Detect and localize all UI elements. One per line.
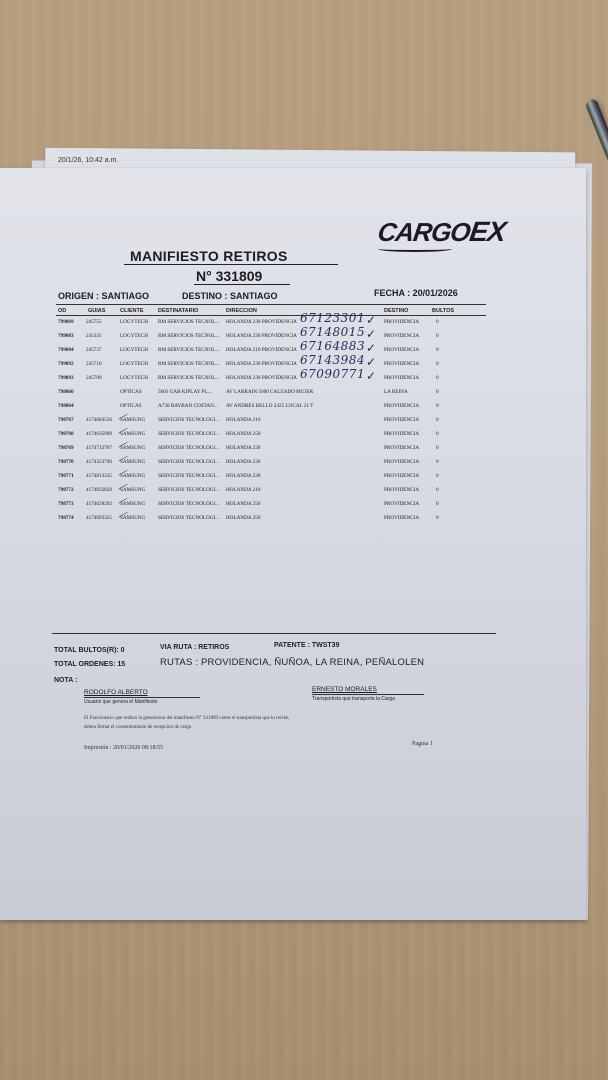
cell-guia: 4174713707 bbox=[86, 445, 112, 451]
cell-cliente: OPTICAS bbox=[120, 403, 142, 409]
table-row: 799069245755LOGYTECHRM SERVICIOS TECNOL.… bbox=[0, 319, 586, 332]
col-guias: GUIAS bbox=[88, 308, 105, 314]
check-mark-icon: ✓ bbox=[366, 355, 376, 370]
print-timestamp: 20/1/26, 10:42 a.m. bbox=[58, 157, 118, 164]
cell-od: 799093 bbox=[58, 375, 74, 381]
cell-direccion: HOLANDA 230 PROVIDENCIA bbox=[226, 333, 297, 339]
origin: ORIGEN : SANTIAGO bbox=[58, 291, 149, 301]
divider bbox=[56, 304, 486, 305]
cell-destino: PROVIDENCIA bbox=[384, 403, 419, 409]
handwritten-number: 67164883 bbox=[300, 339, 365, 353]
cell-bultos: 0 bbox=[436, 417, 439, 423]
cell-bultos: 0 bbox=[436, 347, 439, 353]
cell-od: 798773 bbox=[58, 501, 74, 507]
manifest-number: N° 331809 bbox=[196, 268, 262, 284]
signer1-role: Usuario que genera el Manifiesto bbox=[84, 699, 157, 705]
cell-direccion: HOLANDA 230 bbox=[226, 473, 260, 479]
cell-guia: 4174323790 bbox=[86, 459, 112, 465]
table-row: 799092245710LOGYTECHRM SERVICIOS TECNOL.… bbox=[0, 361, 586, 374]
cell-direccion: HOLANDA 210 bbox=[226, 487, 260, 493]
cell-od: 798768 bbox=[58, 431, 74, 437]
handwritten-number: 67143984 bbox=[300, 353, 365, 367]
table-row: 7987704174323790SAMSUNGSERVICIOS TECNOLO… bbox=[0, 459, 586, 472]
divider bbox=[194, 284, 290, 285]
cell-destino: PROVIDENCIA bbox=[384, 417, 419, 423]
print-date: Impresión : 20/01/2026 08:18:55 bbox=[84, 745, 163, 751]
date: FECHA : 20/01/2026 bbox=[374, 288, 458, 298]
divider bbox=[56, 315, 486, 316]
cell-od: 799069 bbox=[58, 319, 74, 325]
cell-destino: PROVIDENCIA bbox=[384, 347, 419, 353]
cell-direccion: HOLANDA 210 PROVIDENCIA bbox=[226, 347, 297, 353]
table-row: 799093245700LOGYTECHRM SERVICIOS TECNOL.… bbox=[0, 375, 586, 388]
col-destinatario: DESTINATARIO bbox=[158, 308, 198, 314]
cell-od: 798771 bbox=[58, 473, 74, 479]
cell-destino: LA REINA bbox=[384, 389, 408, 395]
cell-destino: PROVIDENCIA bbox=[384, 473, 419, 479]
cell-bultos: 0 bbox=[436, 501, 439, 507]
signer1-name: RODOLFO ALBERTO bbox=[84, 689, 148, 696]
cell-cliente: OPTICAS bbox=[120, 389, 142, 395]
cell-destinatario: RM SERVICIOS TECNOL... bbox=[158, 375, 219, 381]
cell-od: 799084 bbox=[58, 347, 74, 353]
table-row: 7987744174693325SAMSUNGSERVICIOS TECNOLO… bbox=[0, 515, 586, 528]
cell-guia: 4174683536 bbox=[86, 417, 112, 423]
cell-direccion: HOLANDA 210 bbox=[226, 417, 260, 423]
cell-bultos: 0 bbox=[436, 389, 439, 395]
cell-destino: PROVIDENCIA bbox=[384, 319, 419, 325]
cell-direccion: HOLANDA 250 bbox=[226, 501, 260, 507]
divider bbox=[124, 264, 338, 265]
table-row: 7987674174683536SAMSUNGSERVICIOS TECNOLO… bbox=[0, 417, 586, 430]
table-row: 7987724174832828SAMSUNGSERVICIOS TECNOLO… bbox=[0, 487, 586, 500]
cell-destinatario: SERVICIOS TECNOLOGI... bbox=[158, 487, 219, 493]
cell-direccion: HOLANDA 250 bbox=[226, 431, 260, 437]
cell-od: 799092 bbox=[58, 361, 74, 367]
cell-bultos: 0 bbox=[436, 445, 439, 451]
logo-swoosh bbox=[378, 246, 452, 252]
cell-destino: PROVIDENCIA bbox=[384, 445, 419, 451]
patente: PATENTE : TWST39 bbox=[274, 642, 339, 649]
cell-guia: 245335 bbox=[86, 333, 102, 339]
cell-direccion: AV LARRAIN 5600 CALZADO MUJER bbox=[226, 389, 313, 395]
document-title: MANIFIESTO RETIROS bbox=[130, 248, 288, 264]
cell-od: 798864 bbox=[58, 403, 74, 409]
cell-direccion: HOLANDA 230 bbox=[226, 445, 260, 451]
cell-od: 798860 bbox=[58, 389, 74, 395]
table-row: 7987694174713707SAMSUNGSERVICIOS TECNOLO… bbox=[0, 445, 586, 458]
cell-destinatario: SERVICIOS TECNOLOGI... bbox=[158, 459, 219, 465]
cell-destinatario: RM SERVICIOS TECNOL... bbox=[158, 361, 219, 367]
check-mark-icon: ✓ bbox=[366, 341, 376, 356]
disclaimer-line2: deben firmar el consentimiento de recepc… bbox=[84, 725, 191, 730]
cell-bultos: 0 bbox=[436, 487, 439, 493]
cell-direccion: HOLANDA 230 PROVIDENCIA bbox=[226, 361, 297, 367]
cell-bultos: 0 bbox=[436, 459, 439, 465]
cell-cliente: LOGYTECH bbox=[120, 347, 148, 353]
check-mark-icon: ✓ bbox=[366, 327, 376, 342]
table-row: 7987734174628292SAMSUNGSERVICIOS TECNOLO… bbox=[0, 501, 586, 514]
cell-destino: PROVIDENCIA bbox=[384, 459, 419, 465]
cell-bultos: 0 bbox=[436, 473, 439, 479]
total-ordenes: TOTAL ORDENES: 15 bbox=[54, 661, 125, 668]
cell-od: 798767 bbox=[58, 417, 74, 423]
col-direccion: DIRECCION bbox=[226, 308, 257, 314]
disclaimer-line1: El Funcionario que realizo la generacion… bbox=[84, 716, 290, 721]
table-row: 7987714174813335SAMSUNGSERVICIOS TECNOLO… bbox=[0, 473, 586, 486]
cell-od: 798769 bbox=[58, 445, 74, 451]
handwritten-number: 67123301 bbox=[300, 311, 365, 325]
cell-guia: 4174832828 bbox=[86, 487, 112, 493]
col-od: OD bbox=[58, 308, 66, 314]
table-row: 798860OPTICAS5601 GAB KIPLAY PL...AV LAR… bbox=[0, 389, 586, 402]
cell-guia: 245737 bbox=[86, 347, 102, 353]
cell-destino: PROVIDENCIA bbox=[384, 431, 419, 437]
cell-destino: PROVIDENCIA bbox=[384, 361, 419, 367]
cell-destinatario: RM SERVICIOS TECNOL... bbox=[158, 347, 219, 353]
cell-destino: PROVIDENCIA bbox=[384, 487, 419, 493]
cell-destinatario: SERVICIOS TECNOLOGI... bbox=[158, 445, 219, 451]
col-bultos: BULTOS bbox=[432, 308, 454, 314]
cell-bultos: 0 bbox=[436, 333, 439, 339]
cell-bultos: 0 bbox=[436, 319, 439, 325]
cell-destino: PROVIDENCIA bbox=[384, 333, 419, 339]
cell-direccion: HOLANDA 230 bbox=[226, 459, 260, 465]
nota: NOTA : bbox=[54, 677, 77, 684]
cell-cliente: LOGYTECH bbox=[120, 333, 148, 339]
cell-guia: 4174813335 bbox=[86, 473, 112, 479]
table-row: 799083245335LOGYTECHRM SERVICIOS TECNOL.… bbox=[0, 333, 586, 346]
check-mark-icon: ✓ bbox=[366, 369, 376, 384]
cell-cliente: LOGYTECH bbox=[120, 319, 148, 325]
divider bbox=[52, 633, 496, 634]
cell-guia: 245700 bbox=[86, 375, 102, 381]
cell-cliente: LOGYTECH bbox=[120, 375, 148, 381]
cell-od: 799083 bbox=[58, 333, 74, 339]
cell-destinatario: RM SERVICIOS TECNOL... bbox=[158, 319, 219, 325]
cell-destinatario: SERVICIOS TECNOLOGI... bbox=[158, 431, 219, 437]
cell-destinatario: A730 RAYBAN COSTAN... bbox=[158, 403, 218, 409]
signature-line bbox=[312, 694, 424, 695]
cell-destinatario: RM SERVICIOS TECNOL... bbox=[158, 333, 219, 339]
cell-destinatario: SERVICIOS TECNOLOGI... bbox=[158, 515, 219, 521]
manifest-page: CARGOEX MANIFIESTO RETIROS N° 331809 ORI… bbox=[0, 168, 586, 920]
signer2-role: Transportista que transporta la Carga bbox=[312, 696, 395, 702]
total-bultos: TOTAL BULTOS(R): 0 bbox=[54, 647, 125, 654]
cell-direccion: AV ANDRES BELLO 2425 LOCAL 21 T bbox=[226, 403, 313, 409]
cell-guia: 4174693325 bbox=[86, 515, 112, 521]
col-cliente: CLIENTE bbox=[120, 308, 144, 314]
rutas: RUTAS : PROVIDENCIA, ÑUÑOA, LA REINA, PE… bbox=[160, 657, 424, 668]
handwritten-number: 67090771 bbox=[300, 367, 365, 381]
cell-guia: 4174635998 bbox=[86, 431, 112, 437]
signer2-name: ERNESTO MORALES bbox=[312, 686, 377, 693]
cell-destino: PROVIDENCIA bbox=[384, 515, 419, 521]
cell-direccion: HOLANDA 230 PROVIDENCIA bbox=[226, 319, 297, 325]
check-mark-icon: ✓ bbox=[366, 313, 376, 328]
cell-guia: 245755 bbox=[86, 319, 102, 325]
signature-line bbox=[84, 697, 200, 698]
page-number: Pagina 1 bbox=[412, 741, 433, 747]
cell-destinatario: SERVICIOS TECNOLOGI... bbox=[158, 501, 219, 507]
via-ruta: VIA RUTA : RETIROS bbox=[160, 644, 229, 651]
cell-guia: 245710 bbox=[86, 361, 102, 367]
cell-direccion: HOLANDA 230 PROVIDENCIA bbox=[226, 375, 297, 381]
cell-bultos: 0 bbox=[436, 375, 439, 381]
cell-destino: PROVIDENCIA bbox=[384, 501, 419, 507]
cell-bultos: 0 bbox=[436, 431, 439, 437]
cell-od: 798770 bbox=[58, 459, 74, 465]
cell-bultos: 0 bbox=[436, 403, 439, 409]
cell-bultos: 0 bbox=[436, 361, 439, 367]
destination: DESTINO : SANTIAGO bbox=[182, 291, 278, 301]
cell-destinatario: 5601 GAB KIPLAY PL... bbox=[158, 389, 212, 395]
cell-cliente: LOGYTECH bbox=[120, 361, 148, 367]
col-destino: DESTINO bbox=[384, 308, 408, 314]
cell-destinatario: SERVICIOS TECNOLOGI... bbox=[158, 473, 219, 479]
cell-od: 798774 bbox=[58, 515, 74, 521]
cell-destino: PROVIDENCIA bbox=[384, 375, 419, 381]
cell-destinatario: SERVICIOS TECNOLOGI... bbox=[158, 417, 219, 423]
handwritten-number: 67148015 bbox=[300, 325, 365, 339]
table-row: 799084245737LOGYTECHRM SERVICIOS TECNOL.… bbox=[0, 347, 586, 360]
table-row: 798864OPTICASA730 RAYBAN COSTAN...AV AND… bbox=[0, 403, 586, 416]
table-row: 7987684174635998SAMSUNGSERVICIOS TECNOLO… bbox=[0, 431, 586, 444]
cell-od: 798772 bbox=[58, 487, 74, 493]
cell-bultos: 0 bbox=[436, 515, 439, 521]
cell-direccion: HOLANDA 250 bbox=[226, 515, 260, 521]
cargoex-logo: CARGOEX bbox=[376, 216, 508, 248]
cell-guia: 4174628292 bbox=[86, 501, 112, 507]
